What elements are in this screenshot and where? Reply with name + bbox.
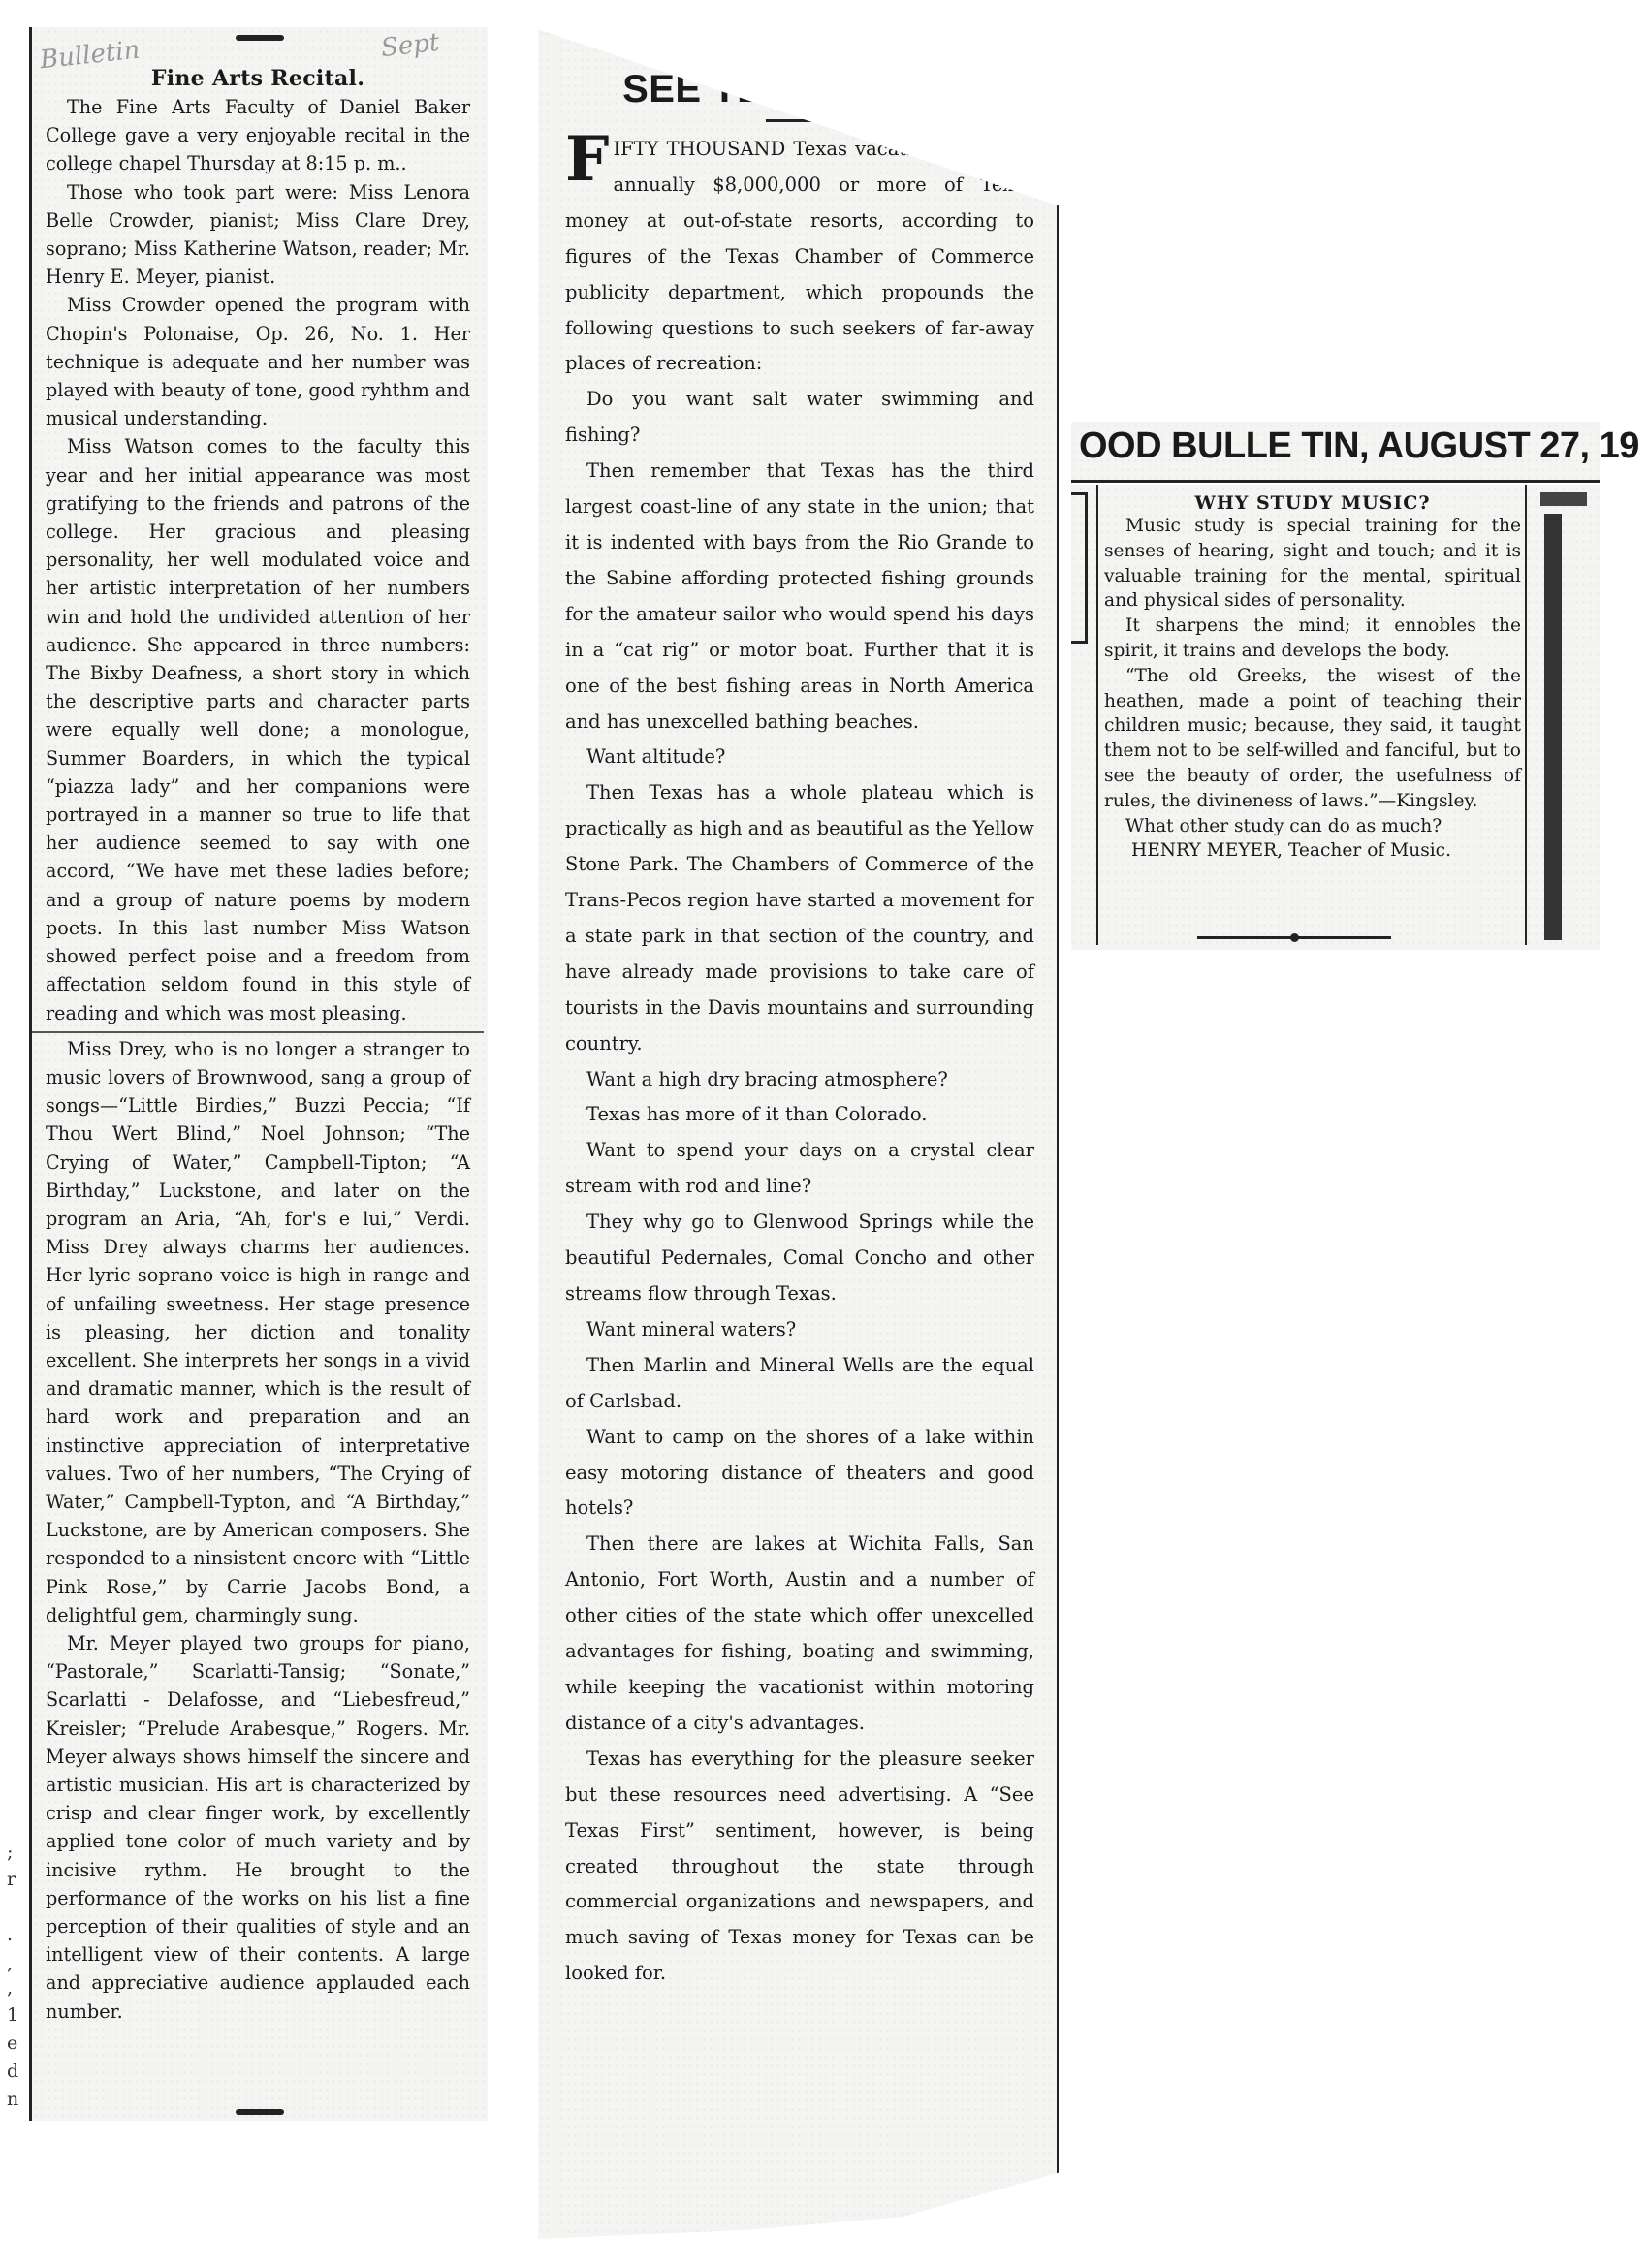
paragraph: Want to spend your days on a crystal cle… <box>565 1133 1034 1205</box>
margin-fragment: d <box>7 2061 18 2082</box>
sidebar-cap <box>1540 492 1587 506</box>
margin-fragment: , <box>7 1977 13 1999</box>
texas-paragraphs: Do you want salt water swimming and fish… <box>565 382 1034 1992</box>
headline-rule <box>766 119 834 122</box>
paragraph: Texas has everything for the pleasure se… <box>565 1742 1034 1992</box>
paragraph: Miss Watson comes to the faculty this ye… <box>46 432 470 1026</box>
drop-cap: F <box>565 134 609 186</box>
signature: HENRY MEYER, Teacher of Music. <box>1104 838 1521 864</box>
paragraph: Then Marlin and Mineral Wells are the eq… <box>565 1348 1034 1420</box>
paragraph: Miss Crowder opened the program with Cho… <box>46 291 470 432</box>
ornament-bottom <box>236 2109 284 2115</box>
paragraph: Then remember that Texas has the third l… <box>565 454 1034 740</box>
recital-article: Fine Arts Recital. The Fine Arts Faculty… <box>46 66 470 2026</box>
music-article: WHY STUDY MUSIC? Music study is special … <box>1104 492 1521 864</box>
masthead-strip: OOD BULLE TIN, AUGUST 27, 19 <box>1071 422 1600 483</box>
lead-text: IFTY THOUSAND Texas vacationists spend a… <box>565 138 1034 374</box>
music-article-box: WHY STUDY MUSIC? Music study is special … <box>1096 485 1527 945</box>
margin-fragment: . <box>7 1924 13 1945</box>
handwritten-note-right: Sept <box>380 28 441 63</box>
margin-fragment: 1 <box>7 2004 18 2026</box>
margin-fragment: e <box>7 2032 17 2054</box>
paragraph: Want mineral waters? <box>565 1312 1034 1348</box>
bracket-mark <box>1071 492 1088 644</box>
why-study-music-clipping: WHY STUDY MUSIC? Music study is special … <box>1071 485 1600 950</box>
paragraph: “The old Greeks, the wisest of the heath… <box>1104 664 1521 814</box>
paragraph: Mr. Meyer played two groups for piano, “… <box>46 1629 470 2026</box>
paragraph: Want altitude? <box>565 740 1034 775</box>
article-title: Fine Arts Recital. <box>46 66 470 91</box>
paragraph: Do you want salt water swimming and fish… <box>565 382 1034 454</box>
end-rule <box>1197 936 1391 939</box>
ornament-top <box>567 29 625 33</box>
texas-article: SEE TEXAS FIRST. FIFTY THOUSAND Texas va… <box>565 68 1034 1992</box>
article-headline: SEE TEXAS FIRST. <box>565 68 1034 111</box>
paragraph: Want to camp on the shores of a lake wit… <box>565 1420 1034 1528</box>
margin-fragment: ; <box>7 1842 13 1863</box>
paragraph: The Fine Arts Faculty of Daniel Baker Co… <box>46 93 470 178</box>
paragraph: Music study is special training for the … <box>1104 514 1521 614</box>
margin-fragment: , <box>7 1953 13 1974</box>
paragraph: Then Texas has a whole plateau which is … <box>565 775 1034 1061</box>
ornament-top <box>236 35 284 41</box>
paragraph: Texas has more of it than Colorado. <box>565 1097 1034 1133</box>
fine-arts-recital-clipping: Bulletin Sept Fine Arts Recital. The Fin… <box>29 27 488 2121</box>
sidebar-bar <box>1544 514 1562 940</box>
paragraph: They why go to Glenwood Springs while th… <box>565 1205 1034 1312</box>
margin-fragment: r <box>7 1869 16 1890</box>
newspaper-masthead: OOD BULLE TIN, AUGUST 27, 19 <box>1079 425 1639 467</box>
lead-paragraph: FIFTY THOUSAND Texas vacationists spend … <box>565 132 1034 382</box>
article-title: WHY STUDY MUSIC? <box>1104 492 1521 514</box>
paragraph: It sharpens the mind; it ennobles the sp… <box>1104 614 1521 664</box>
paragraph: Miss Drey, who is no longer a stranger t… <box>46 1035 470 1629</box>
paragraph: What other study can do as much? <box>1104 814 1521 839</box>
margin-fragment: n <box>7 2089 18 2110</box>
paragraph: Those who took part were: Miss Lenora Be… <box>46 178 470 292</box>
column-divider <box>32 1031 484 1033</box>
see-texas-first-clipping: SEE TEXAS FIRST. FIFTY THOUSAND Texas va… <box>538 29 1059 2239</box>
paragraph: Then there are lakes at Wichita Falls, S… <box>565 1527 1034 1741</box>
paragraph: Want a high dry bracing atmosphere? <box>565 1062 1034 1098</box>
